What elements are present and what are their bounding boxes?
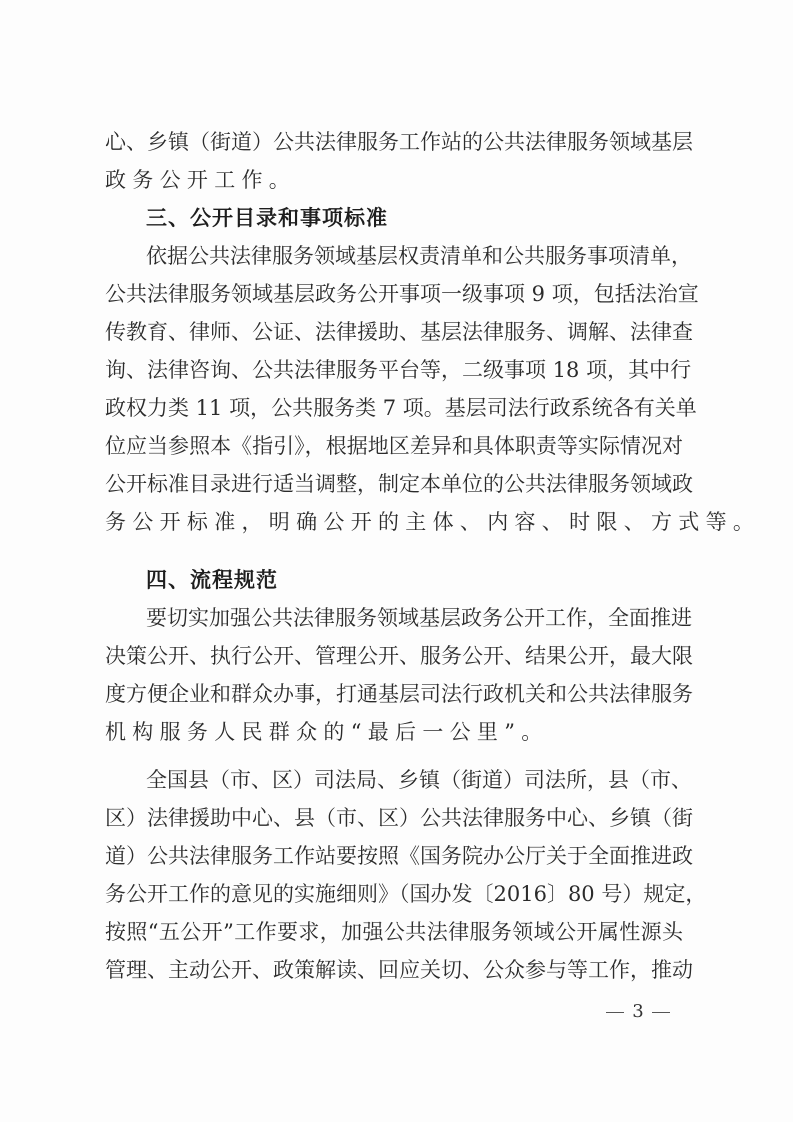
body-line: 公共法律服务领域基层政务公开事项一级事项 9 项，包括法治宣: [105, 279, 683, 309]
body-line: 务公开标准，明确公开的主体、内容、时限、方式等。: [105, 507, 683, 537]
body-line: 按照“五公开”工作要求，加强公共法律服务领域公开属性源头: [105, 917, 683, 947]
body-line: 依据公共法律服务领域基层权责清单和公共服务事项清单，: [146, 241, 683, 271]
body-line: 道）公共法律服务工作站要按照《国务院办公厅关于全面推进政: [105, 841, 683, 871]
body-line: 全国县（市、区）司法局、乡镇（街道）司法所，县（市、: [146, 765, 683, 795]
body-line: 传教育、律师、公证、法律援助、基层法律服务、调解、法律查: [105, 317, 683, 347]
dash-left: [606, 1012, 624, 1013]
section-heading: 四、流程规范: [146, 565, 278, 595]
body-line: 位应当参照本《指引》，根据地区差异和具体职责等实际情况对: [105, 431, 683, 461]
body-line: 政务公开工作。: [105, 165, 683, 195]
body-line: 心、乡镇（街道）公共法律服务工作站的公共法律服务领域基层: [105, 127, 683, 157]
body-line: 公开标准目录进行适当调整，制定本单位的公共法律服务领域政: [105, 469, 683, 499]
section-heading: 三、公开目录和事项标准: [146, 203, 388, 233]
dash-right: [652, 1012, 670, 1013]
body-line: 机构服务人民群众的“最后一公里”。: [105, 717, 683, 747]
body-line: 务公开工作的意见的实施细则》（国办发〔2016〕80 号）规定，: [105, 879, 683, 909]
body-line: 政权力类 11 项，公共服务类 7 项。基层司法行政系统各有关单: [105, 393, 683, 423]
body-line: 管理、主动公开、政策解读、回应关切、公众参与等工作，推动: [105, 955, 683, 985]
body-line: 区）法律援助中心、县（市、区）公共法律服务中心、乡镇（街: [105, 803, 683, 833]
body-line: 度方便企业和群众办事，打通基层司法行政机关和公共法律服务: [105, 679, 683, 709]
page-number-value: 3: [632, 999, 643, 1025]
body-line: 要切实加强公共法律服务领域基层政务公开工作，全面推进: [146, 603, 683, 633]
body-line: 询、法律咨询、公共法律服务平台等，二级事项 18 项，其中行: [105, 355, 683, 385]
document-page: 心、乡镇（街道）公共法律服务工作站的公共法律服务领域基层 政务公开工作。 三、公…: [0, 0, 793, 1122]
body-line: 决策公开、执行公开、管理公开、服务公开、结果公开，最大限: [105, 641, 683, 671]
page-number: 3: [598, 999, 678, 1025]
